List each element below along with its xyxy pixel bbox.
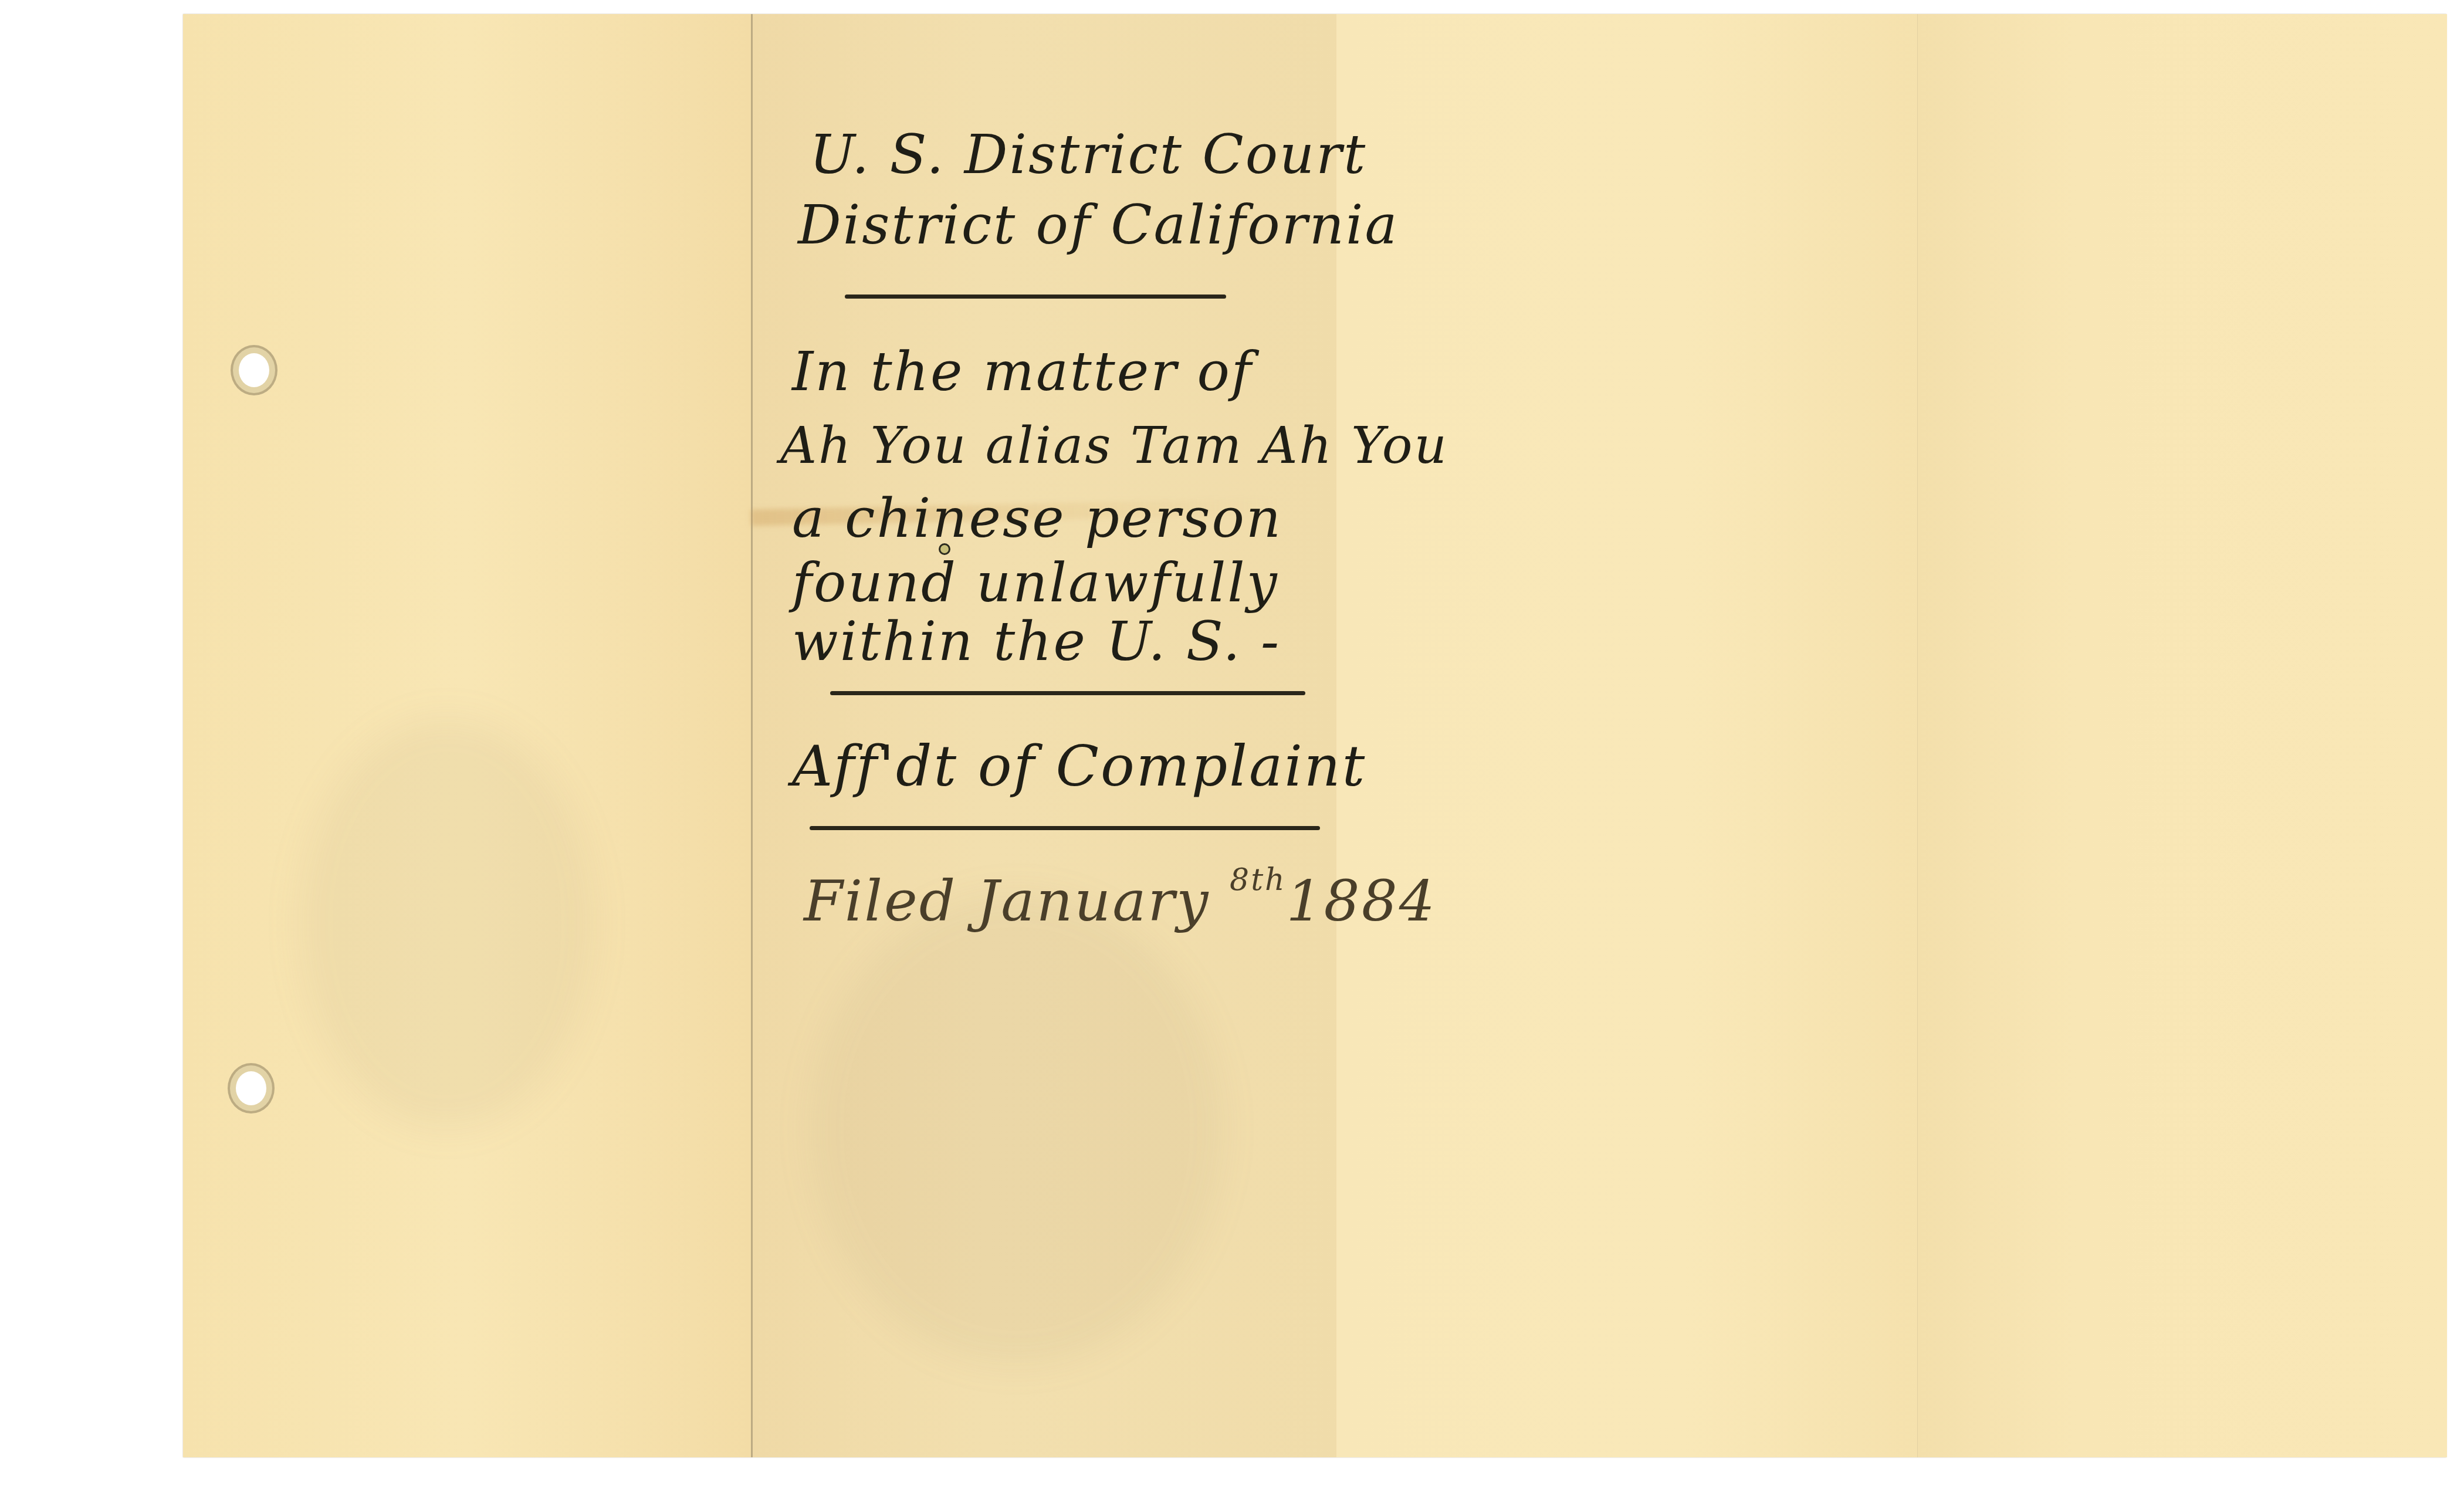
court-line-1: U. S. District Court <box>810 123 1367 186</box>
divider-rule <box>810 826 1320 830</box>
punch-hole-top <box>239 353 269 387</box>
divider-rule <box>845 295 1226 299</box>
filed-date: Filed January 8th1884 <box>804 868 1437 934</box>
court-line-2: District of California <box>798 194 1399 256</box>
matter-line-3: a chinese person <box>792 487 1282 550</box>
filed-prefix: Filed January <box>804 868 1210 934</box>
matter-line-2: Ah You alias Tam Ah You <box>780 417 1448 475</box>
right-panel-2 <box>1917 14 2447 1457</box>
right-panel-1 <box>1336 14 1917 1457</box>
matter-line-5: within the U. S. - <box>792 610 1281 673</box>
filed-day: 8th <box>1230 862 1286 898</box>
smudge <box>300 718 594 1129</box>
matter-line-1: In the matter of <box>792 340 1253 403</box>
filed-day-number: 8 <box>1230 862 1251 898</box>
filed-year: 1884 <box>1287 868 1437 934</box>
document-title: Aff'dt of Complaint <box>792 733 1366 799</box>
punch-hole-bottom <box>236 1071 266 1105</box>
divider-rule <box>830 691 1305 695</box>
filed-day-suffix: th <box>1251 862 1286 898</box>
matter-line-4: found unlawfully <box>792 551 1279 614</box>
smudge <box>811 894 1222 1363</box>
left-panel <box>183 14 751 1457</box>
